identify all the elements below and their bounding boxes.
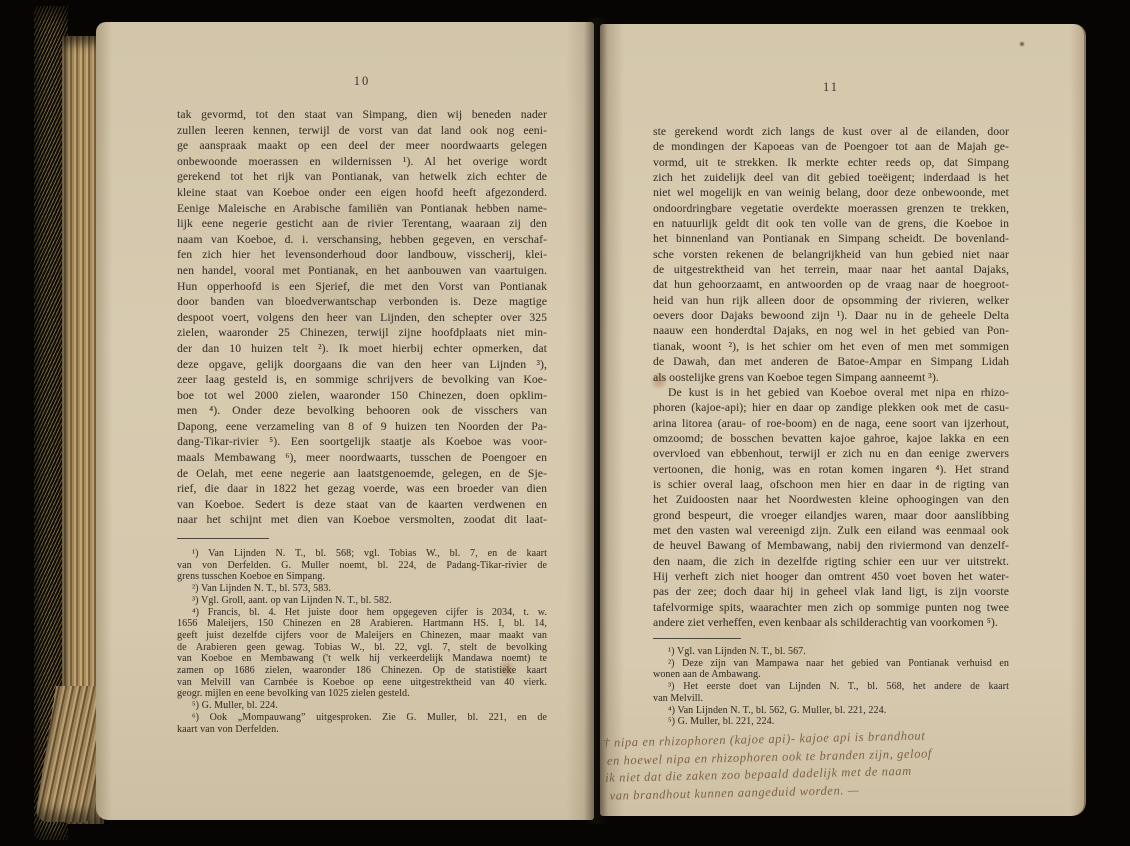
footnote-line: ¹) Van Lijnden N. T., bl. 568; vgl. Tobi… [177, 548, 547, 560]
text-line: niet wel mogelijk en van weinig belang, … [653, 185, 1009, 200]
footnote-line: ⁶) Ook „Mompauwang” uitgesproken. Zie G.… [177, 712, 547, 724]
text-line: maals Membawang ⁶), meer noordwaarts, tu… [177, 450, 547, 466]
text-line: met den vasten wal vereenigd zijn. Zulk … [653, 523, 1009, 538]
text-line: als oostelijke grens van Koeboe tegen Si… [653, 370, 1009, 385]
text-line: dat hun gehoorzaamt, en antwoorden op de… [653, 277, 1009, 292]
text-line: ge aanspraak maakt op een deel der meer … [177, 138, 547, 154]
right-page-number: 11 [653, 80, 1009, 95]
text-line: nen handel, vooral met Pontianak, en het… [177, 263, 547, 279]
text-line: de uitgestrektheid van het terrein, maar… [653, 262, 1009, 277]
footnote-line: geeft juist dezelfde cijfers voor de Mal… [177, 630, 547, 642]
footnote-line: van Melvill. [653, 693, 1009, 705]
text-line: de mondingen der Kapoeas van de Poengoer… [653, 139, 1009, 154]
text-line: omzoomd; de bosschen bevatten kajoe gahr… [653, 431, 1009, 446]
footnote-line: zamen op 1686 zielen, waaronder 186 Chin… [177, 665, 547, 677]
text-line: onbewoonde moerassen en wildernissen ¹).… [177, 154, 547, 170]
text-line: vertoonen, die honig, was en rotan komen… [653, 462, 1009, 477]
text-line: vormd, uit te strekken. Ik merkte echter… [653, 155, 1009, 170]
right-page-footnotes: ¹) Vgl. van Lijnden N. T., bl. 567.²) De… [653, 646, 1009, 728]
text-line: De kust is in het gebied van Koeboe over… [653, 385, 1009, 400]
text-line: despoot voert, volgens den heer van Lijn… [177, 310, 547, 326]
text-line: naar het schijnt met dien van Koeboe ver… [177, 512, 547, 528]
text-line: ondoordringbare vegetatie overdekte moer… [653, 201, 1009, 216]
text-line: oevers door Dajaks bewoond zijn ¹). Daar… [653, 308, 1009, 323]
text-line: phoren (kajoe-api); hier en daar op zand… [653, 400, 1009, 415]
text-line: sche vorsten rekenen de belangrijkheid v… [653, 247, 1009, 262]
footnote-line: geogr. mijlen en eene bevolking van 1025… [177, 688, 547, 700]
right-footnote-rule [653, 638, 741, 639]
text-line: andere ziet verheffen, even kenbaar als … [653, 615, 1009, 630]
footnote-line: ²) Deze zijn van Mampawa naar het gebied… [653, 658, 1009, 670]
text-line: den naam, die zich in dezelfde rigting s… [653, 554, 1009, 569]
text-line: grond bespeurt, die vroeger eilandjes wa… [653, 508, 1009, 523]
text-line: tafelvormige spits, waarachter men zich … [653, 600, 1009, 615]
text-line: arina litorea (arau- of roe-boom) en de … [653, 416, 1009, 431]
left-page-body-text: tak gevormd, tot den staat van Simpang, … [177, 107, 547, 528]
footnote-line: van von Derfelden. G. Muller noemt, bl. … [177, 560, 547, 572]
text-line: door banden van bloedverwantschap verbon… [177, 294, 547, 310]
text-line: Eenige Maleische en Arabische familiën v… [177, 201, 547, 217]
text-line: en natuurlijk geldt dit ook ten volle va… [653, 216, 1009, 231]
text-line: heid van hun rijk alleen door de opsommi… [653, 293, 1009, 308]
right-page: 11 ste gerekend wordt zich langs de kust… [600, 24, 1086, 816]
text-line: men ⁴). Onder deze bevolking behooren oo… [177, 403, 547, 419]
left-footnote-rule [177, 538, 269, 539]
handwritten-annotation: † nipa en rhizophoren (kajoe api)- kajoe… [603, 725, 1026, 805]
right-page-body-text: ste gerekend wordt zich langs de kust ov… [653, 124, 1009, 630]
text-line: dang-Tikar-rivier ⁵). Een soortgelijk st… [177, 434, 547, 450]
footnote-line: 1656 Maleijers, 150 Chinezen en 28 Arabi… [177, 618, 547, 630]
text-line: Hun opperhoofd is een Sjerief, die met d… [177, 279, 547, 295]
text-line: de Dawah, dan met anderen de Batoe-Ampar… [653, 354, 1009, 369]
footnote-line: van Koeboe en Membawang ('t welk hij ver… [177, 653, 547, 665]
text-line: tianak, woont ²), is het schier om het e… [653, 339, 1009, 354]
book-photo: 10 tak gevormd, tot den staat van Simpan… [0, 0, 1130, 846]
footnote-line: van Melvill van Carnbée is Koeboe op een… [177, 677, 547, 689]
text-line: Dapong, eene verzameling van 8 of 9 huiz… [177, 419, 547, 435]
footnote-line: grens tusschen Koeboe en Simpang. [177, 571, 547, 583]
text-line: pas der zee; doch daar hij in geheel vla… [653, 584, 1009, 599]
text-line: overvloed van ebbenhout, terwijl er zich… [653, 446, 1009, 461]
text-line: gerekend tot het rijk van Pontianak, van… [177, 169, 547, 185]
text-line: naam van Koeboe, d. i. verschansing, heb… [177, 232, 547, 248]
text-line: deze opgave, gelijk doorgaans die van de… [177, 357, 547, 373]
footnote-line: ³) Het eerste doet van Lijnden N. T., bl… [653, 681, 1009, 693]
text-line: Hij verheft zich niet hooger dan omtrent… [653, 569, 1009, 584]
left-page-number: 10 [177, 74, 547, 89]
text-line: lijk eene negerie gesticht aan de rivier… [177, 216, 547, 232]
text-line: boe tot wel 2000 zielen, waaronder 150 C… [177, 388, 547, 404]
footnote-line: ¹) Vgl. van Lijnden N. T., bl. 567. [653, 646, 1009, 658]
text-line: ste gerekend wordt zich langs de kust ov… [653, 124, 1009, 139]
text-line: zielen, waaronder 25 Chinezen, terwijl z… [177, 325, 547, 341]
text-line: het binnenland van Pontianak en Simpang … [653, 231, 1009, 246]
text-line: het Zuidoosten naar het Noordwesten klei… [653, 492, 1009, 507]
left-page: 10 tak gevormd, tot den staat van Simpan… [96, 22, 594, 820]
text-line: de Oelah, met eene negerie aan laatstgen… [177, 466, 547, 482]
footnote-line: ⁵) G. Muller, bl. 224. [177, 700, 547, 712]
text-line: tak gevormd, tot den staat van Simpang, … [177, 107, 547, 123]
text-line: fen zich hier het levensonderhoud door l… [177, 247, 547, 263]
left-page-footnotes: ¹) Van Lijnden N. T., bl. 568; vgl. Tobi… [177, 548, 547, 735]
text-line: zeer laag gesteld is, en sommige schrijv… [177, 372, 547, 388]
footnote-line: de Arabieren geen gewag. Tobias W., bl. … [177, 642, 547, 654]
text-line: is schier overal laag, ofschoon men hier… [653, 477, 1009, 492]
text-line: naauw een honderdtal Dajaks, en nog wel … [653, 323, 1009, 338]
footnote-line: wonen aan de Ambawang. [653, 669, 1009, 681]
text-line: zullen leeren kennen, terwijl de vorst v… [177, 123, 547, 139]
footnote-line: ⁴) Van Lijnden N. T., bl. 562, G. Muller… [653, 705, 1009, 717]
footnote-line: ⁴) Francis, bl. 4. Het juiste door hem o… [177, 607, 547, 619]
footnote-line: kaart van von Derfelden. [177, 724, 547, 736]
text-line: zich het zuidelijk deel van dit gebied t… [653, 170, 1009, 185]
text-line: rief, die daar in 1822 het gezag voerde,… [177, 481, 547, 497]
text-line: der dan 10 huizen telt ²). Ik moet hierb… [177, 341, 547, 357]
text-line: van Koeboe. Sedert is deze staat van de … [177, 497, 547, 513]
text-line: kleine staat van Koeboe onder een eigen … [177, 185, 547, 201]
text-line: de heuvel Bawang of Membawang, nabij den… [653, 538, 1009, 553]
footnote-line: ²) Van Lijnden N. T., bl. 573, 583. [177, 583, 547, 595]
footnote-line: ³) Vgl. Groll, aant. op van Lijnden N. T… [177, 595, 547, 607]
